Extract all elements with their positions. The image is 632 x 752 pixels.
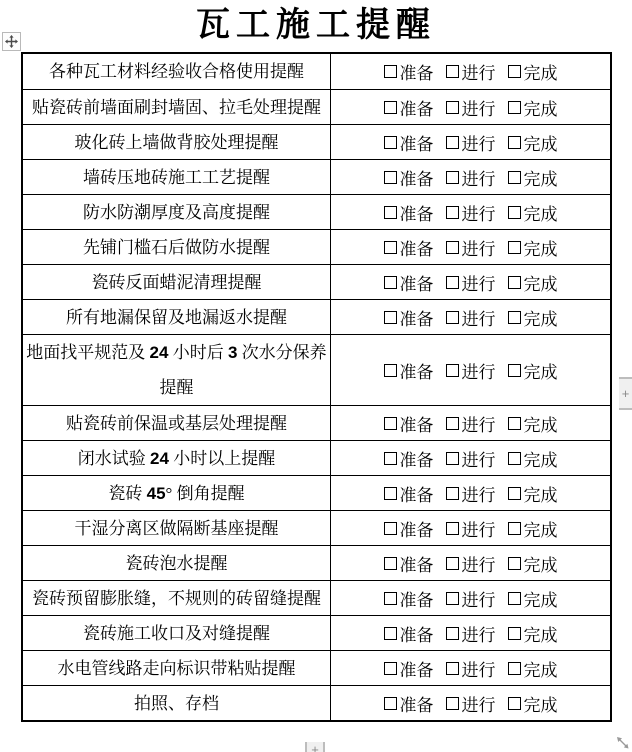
table-row: 防水防潮厚度及高度提醒准备进行完成 [23,194,610,229]
table-row: 瓷砖泡水提醒准备进行完成 [23,545,610,580]
checkbox[interactable] [446,364,459,377]
task-label-cell: 贴瓷砖前墙面刷封墙固、拉毛处理提醒 [23,90,331,124]
status-cell: 准备进行完成 [331,54,610,89]
status-option: 进行 [446,270,496,295]
status-label: 准备 [400,621,434,646]
checkbox[interactable] [384,311,397,324]
task-label: 瓷砖施工收口及对缝提醒 [25,616,328,651]
checkbox[interactable] [508,241,521,254]
status-label: 准备 [400,551,434,576]
status-option: 准备 [384,411,434,436]
status-cell: 准备进行完成 [331,335,610,405]
task-label-cell: 玻化砖上墙做背胶处理提醒 [23,125,331,159]
status-option: 进行 [446,621,496,646]
status-option: 准备 [384,691,434,716]
checkbox[interactable] [384,276,397,289]
status-label: 进行 [462,586,496,611]
table-row: 先铺门槛石后做防水提醒准备进行完成 [23,229,610,264]
status-option: 准备 [384,481,434,506]
task-label-number: 45 [147,484,166,503]
checkbox[interactable] [508,662,521,675]
task-label-cell: 水电管线路走向标识带粘贴提醒 [23,651,331,685]
status-cell: 准备进行完成 [331,406,610,440]
status-option: 进行 [446,95,496,120]
task-label: 瓷砖反面蜡泥清理提醒 [25,265,328,300]
status-label: 进行 [462,551,496,576]
status-option: 准备 [384,656,434,681]
status-label: 进行 [462,358,496,383]
status-option: 进行 [446,200,496,225]
checkbox[interactable] [446,557,459,570]
checkbox[interactable] [446,206,459,219]
status-label: 进行 [462,656,496,681]
checkbox[interactable] [384,65,397,78]
checkbox[interactable] [508,364,521,377]
task-label-number: 24 [150,343,169,362]
status-label: 准备 [400,235,434,260]
task-label-cell: 干湿分离区做隔断基座提醒 [23,511,331,545]
checkbox[interactable] [384,662,397,675]
task-label: 瓷砖泡水提醒 [25,546,328,581]
status-label: 准备 [400,305,434,330]
table-row: 贴瓷砖前墙面刷封墙固、拉毛处理提醒准备进行完成 [23,89,610,124]
checkbox[interactable] [446,241,459,254]
status-option: 准备 [384,235,434,260]
table-row: 各种瓦工材料经验收合格使用提醒准备进行完成 [23,54,610,89]
checkbox[interactable] [446,592,459,605]
status-label: 准备 [400,95,434,120]
task-label-cell: 瓷砖 45° 倒角提醒 [23,476,331,510]
status-option: 完成 [508,200,558,225]
task-label: 瓷砖预留膨胀缝，不规则的砖留缝提醒 [25,581,328,616]
checkbox[interactable] [446,662,459,675]
status-label: 准备 [400,411,434,436]
status-label: 进行 [462,305,496,330]
task-label: 先铺门槛石后做防水提醒 [25,230,328,265]
task-label-cell: 闭水试验 24 小时以上提醒 [23,441,331,475]
checkbox[interactable] [508,206,521,219]
table-row: 瓷砖预留膨胀缝，不规则的砖留缝提醒准备进行完成 [23,580,610,615]
status-label: 完成 [524,516,558,541]
task-label: 地面找平规范及 24 小时后 3 次水分保养提醒 [25,335,328,405]
checkbox[interactable] [384,101,397,114]
status-label: 准备 [400,656,434,681]
status-option: 准备 [384,621,434,646]
status-option: 进行 [446,59,496,84]
checkbox[interactable] [384,136,397,149]
checkbox[interactable] [508,417,521,430]
status-cell: 准备进行完成 [331,230,610,264]
task-label-cell: 瓷砖泡水提醒 [23,546,331,580]
page-title: 瓦工施工提醒 [0,1,632,49]
status-label: 准备 [400,358,434,383]
status-option: 完成 [508,551,558,576]
status-cell: 准备进行完成 [331,581,610,615]
status-option: 进行 [446,446,496,471]
status-cell: 准备进行完成 [331,90,610,124]
status-label: 完成 [524,130,558,155]
status-label: 完成 [524,551,558,576]
checkbox[interactable] [508,101,521,114]
task-label-number: 24 [150,449,169,468]
checkbox[interactable] [508,136,521,149]
task-label-cell: 各种瓦工材料经验收合格使用提醒 [23,54,331,89]
status-label: 完成 [524,270,558,295]
table-row: 墙砖压地砖施工工艺提醒准备进行完成 [23,159,610,194]
status-label: 完成 [524,621,558,646]
status-option: 准备 [384,200,434,225]
status-label: 准备 [400,516,434,541]
status-option: 准备 [384,586,434,611]
status-label: 进行 [462,130,496,155]
task-label: 拍照、存档 [25,686,328,721]
task-label-cell: 瓷砖施工收口及对缝提醒 [23,616,331,650]
vertical-scroll-plus-button[interactable]: + [619,377,632,410]
checkbox[interactable] [384,241,397,254]
status-option: 完成 [508,586,558,611]
status-option: 进行 [446,586,496,611]
move-4-way-arrow-icon [5,35,18,48]
status-label: 进行 [462,411,496,436]
checkbox[interactable] [508,171,521,184]
checkbox[interactable] [446,522,459,535]
status-label: 进行 [462,481,496,506]
status-label: 进行 [462,200,496,225]
task-label-cell: 所有地漏保留及地漏返水提醒 [23,300,331,334]
status-label: 进行 [462,59,496,84]
status-cell: 准备进行完成 [331,265,610,299]
task-label: 水电管线路走向标识带粘贴提醒 [25,651,328,686]
checkbox[interactable] [384,417,397,430]
status-option: 准备 [384,551,434,576]
status-option: 准备 [384,305,434,330]
status-option: 完成 [508,516,558,541]
status-option: 进行 [446,691,496,716]
plus-icon: + [622,386,630,401]
checkbox[interactable] [508,697,521,710]
status-cell: 准备进行完成 [331,441,610,475]
table-row: 贴瓷砖前保温或基层处理提醒准备进行完成 [23,405,610,440]
task-label-cell: 墙砖压地砖施工工艺提醒 [23,160,331,194]
checkbox[interactable] [384,697,397,710]
checkbox[interactable] [508,522,521,535]
table-row: 干湿分离区做隔断基座提醒准备进行完成 [23,510,610,545]
table-row: 水电管线路走向标识带粘贴提醒准备进行完成 [23,650,610,685]
status-label: 进行 [462,165,496,190]
status-option: 完成 [508,95,558,120]
status-label: 准备 [400,691,434,716]
checkbox[interactable] [508,452,521,465]
status-option: 准备 [384,130,434,155]
status-label: 准备 [400,481,434,506]
table-row: 所有地漏保留及地漏返水提醒准备进行完成 [23,299,610,334]
status-label: 完成 [524,446,558,471]
table-row: 拍照、存档准备进行完成 [23,685,610,720]
checkbox[interactable] [446,136,459,149]
status-option: 完成 [508,305,558,330]
status-option: 完成 [508,130,558,155]
status-label: 完成 [524,200,558,225]
status-label: 进行 [462,621,496,646]
task-label-cell: 瓷砖反面蜡泥清理提醒 [23,265,331,299]
status-label: 进行 [462,270,496,295]
task-label: 防水防潮厚度及高度提醒 [25,195,328,230]
task-label-cell: 地面找平规范及 24 小时后 3 次水分保养提醒 [23,335,331,405]
status-label: 完成 [524,481,558,506]
checkbox[interactable] [508,592,521,605]
task-label: 玻化砖上墙做背胶处理提醒 [25,125,328,160]
checkbox[interactable] [446,417,459,430]
status-option: 进行 [446,411,496,436]
task-label: 墙砖压地砖施工工艺提醒 [25,160,328,195]
status-option: 完成 [508,691,558,716]
status-label: 准备 [400,59,434,84]
checkbox[interactable] [384,522,397,535]
table-row: 瓷砖反面蜡泥清理提醒准备进行完成 [23,264,610,299]
status-cell: 准备进行完成 [331,616,610,650]
checkbox[interactable] [446,627,459,640]
reminder-table: 各种瓦工材料经验收合格使用提醒准备进行完成贴瓷砖前墙面刷封墙固、拉毛处理提醒准备… [21,52,612,722]
checkbox[interactable] [446,697,459,710]
checkbox[interactable] [384,171,397,184]
status-label: 进行 [462,691,496,716]
status-option: 完成 [508,481,558,506]
status-option: 进行 [446,305,496,330]
task-label: 干湿分离区做隔断基座提醒 [25,511,328,546]
status-label: 进行 [462,95,496,120]
checkbox[interactable] [384,206,397,219]
task-label-cell: 防水防潮厚度及高度提醒 [23,195,331,229]
task-label-cell: 瓷砖预留膨胀缝，不规则的砖留缝提醒 [23,581,331,615]
status-option: 进行 [446,656,496,681]
status-option: 准备 [384,516,434,541]
checkbox[interactable] [508,487,521,500]
status-label: 准备 [400,586,434,611]
status-option: 准备 [384,165,434,190]
table-move-handle[interactable] [2,32,21,51]
table-row: 闭水试验 24 小时以上提醒准备进行完成 [23,440,610,475]
task-label: 各种瓦工材料经验收合格使用提醒 [25,54,328,89]
checkbox[interactable] [446,452,459,465]
diagonal-resize-arrow-icon [615,735,631,751]
status-label: 完成 [524,691,558,716]
status-label: 完成 [524,586,558,611]
status-option: 完成 [508,270,558,295]
status-option: 完成 [508,411,558,436]
status-cell: 准备进行完成 [331,300,610,334]
status-label: 准备 [400,446,434,471]
status-label: 完成 [524,358,558,383]
checkbox[interactable] [446,311,459,324]
status-option: 完成 [508,165,558,190]
checkbox[interactable] [384,592,397,605]
status-label: 完成 [524,59,558,84]
status-label: 完成 [524,411,558,436]
status-option: 完成 [508,358,558,383]
status-cell: 准备进行完成 [331,160,610,194]
status-option: 准备 [384,95,434,120]
task-label-cell: 拍照、存档 [23,686,331,720]
status-option: 完成 [508,656,558,681]
status-cell: 准备进行完成 [331,546,610,580]
checkbox[interactable] [446,65,459,78]
status-option: 准备 [384,270,434,295]
task-label: 瓷砖 45° 倒角提醒 [25,476,328,511]
status-label: 完成 [524,656,558,681]
status-label: 完成 [524,305,558,330]
task-label-number: 3 [228,343,237,362]
status-cell: 准备进行完成 [331,195,610,229]
checkbox[interactable] [508,557,521,570]
status-label: 准备 [400,130,434,155]
status-cell: 准备进行完成 [331,686,610,720]
status-cell: 准备进行完成 [331,651,610,685]
status-option: 进行 [446,481,496,506]
status-label: 完成 [524,95,558,120]
status-label: 完成 [524,165,558,190]
checkbox[interactable] [384,452,397,465]
checkbox[interactable] [384,487,397,500]
checkbox[interactable] [446,276,459,289]
checkbox[interactable] [508,627,521,640]
status-cell: 准备进行完成 [331,511,610,545]
status-option: 完成 [508,446,558,471]
horizontal-scroll-plus-button[interactable]: + [305,742,325,752]
status-label: 完成 [524,235,558,260]
task-label: 所有地漏保留及地漏返水提醒 [25,300,328,335]
task-label: 贴瓷砖前墙面刷封墙固、拉毛处理提醒 [25,90,328,125]
task-label: 贴瓷砖前保温或基层处理提醒 [25,406,328,441]
checkbox[interactable] [508,311,521,324]
status-label: 准备 [400,200,434,225]
checkbox[interactable] [384,627,397,640]
table-row: 瓷砖施工收口及对缝提醒准备进行完成 [23,615,610,650]
status-option: 进行 [446,516,496,541]
checkbox[interactable] [384,557,397,570]
status-label: 进行 [462,516,496,541]
status-option: 进行 [446,551,496,576]
task-label: 闭水试验 24 小时以上提醒 [25,441,328,476]
checkbox[interactable] [446,171,459,184]
task-label-cell: 贴瓷砖前保温或基层处理提醒 [23,406,331,440]
status-label: 进行 [462,446,496,471]
status-option: 进行 [446,130,496,155]
status-option: 进行 [446,235,496,260]
status-option: 准备 [384,59,434,84]
table-row: 地面找平规范及 24 小时后 3 次水分保养提醒准备进行完成 [23,334,610,405]
checkbox[interactable] [446,101,459,114]
status-label: 准备 [400,270,434,295]
status-option: 进行 [446,165,496,190]
checkbox[interactable] [508,65,521,78]
status-label: 进行 [462,235,496,260]
status-option: 准备 [384,446,434,471]
checkbox[interactable] [384,364,397,377]
status-option: 进行 [446,358,496,383]
status-option: 完成 [508,59,558,84]
status-cell: 准备进行完成 [331,476,610,510]
status-option: 准备 [384,358,434,383]
table-row: 瓷砖 45° 倒角提醒准备进行完成 [23,475,610,510]
status-label: 准备 [400,165,434,190]
status-option: 完成 [508,235,558,260]
task-label-cell: 先铺门槛石后做防水提醒 [23,230,331,264]
table-row: 玻化砖上墙做背胶处理提醒准备进行完成 [23,124,610,159]
checkbox[interactable] [446,487,459,500]
status-option: 完成 [508,621,558,646]
status-cell: 准备进行完成 [331,125,610,159]
plus-icon: + [311,742,319,752]
checkbox[interactable] [508,276,521,289]
table-resize-handle[interactable] [615,735,631,751]
